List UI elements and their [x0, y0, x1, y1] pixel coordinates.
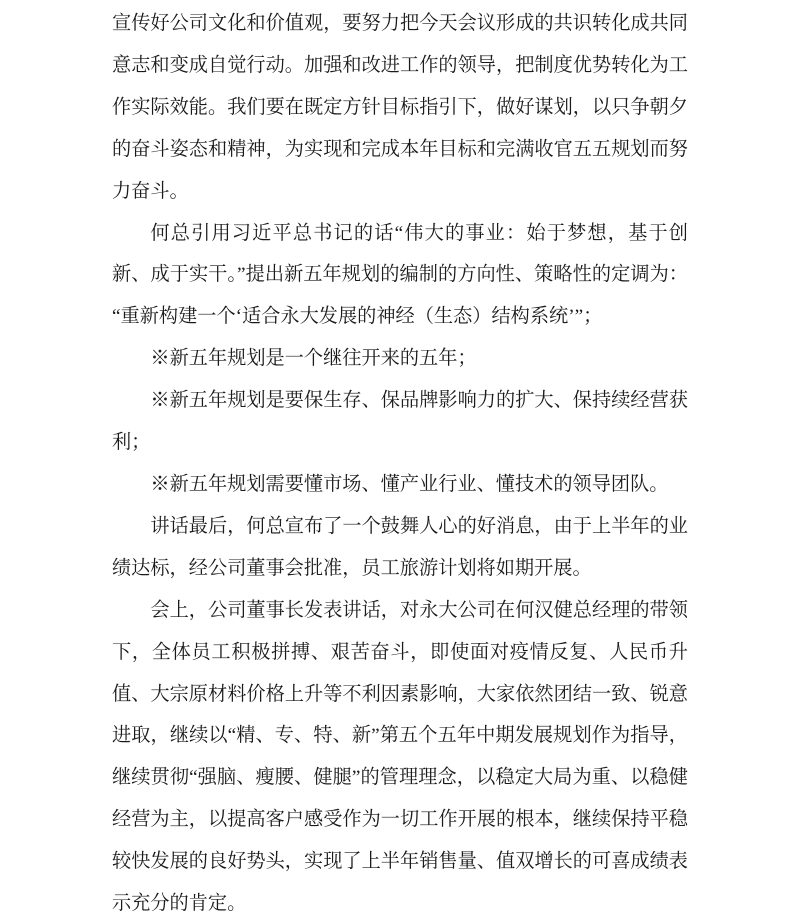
document-page: 宣传好公司文化和价值观，要努力把今天会议形成的共识转化成共同意志和变成自觉行动。…: [0, 0, 800, 922]
paragraph-1: 宣传好公司文化和价值观，要努力把今天会议形成的共识转化成共同意志和变成自觉行动。…: [112, 3, 688, 213]
paragraph-6: 讲话最后，何总宣布了一个鼓舞人心的好消息，由于上半年的业绩达标，经公司董事会批准…: [112, 506, 688, 590]
paragraph-3: ※新五年规划是一个继往开来的五年；: [112, 338, 688, 380]
document-body: 宣传好公司文化和价值观，要努力把今天会议形成的共识转化成共同意志和变成自觉行动。…: [112, 3, 688, 922]
paragraph-2: 何总引用习近平总书记的话“伟大的事业：始于梦想，基于创新、成于实干。”提出新五年…: [112, 213, 688, 339]
paragraph-4: ※新五年规划是要保生存、保品牌影响力的扩大、保持续经营获利；: [112, 380, 688, 464]
paragraph-7: 会上，公司董事长发表讲话，对永大公司在何汉健总经理的带领下，全体员工积极拼搏、艰…: [112, 590, 688, 922]
paragraph-5: ※新五年规划需要懂市场、懂产业行业、懂技术的领导团队。: [112, 464, 688, 506]
